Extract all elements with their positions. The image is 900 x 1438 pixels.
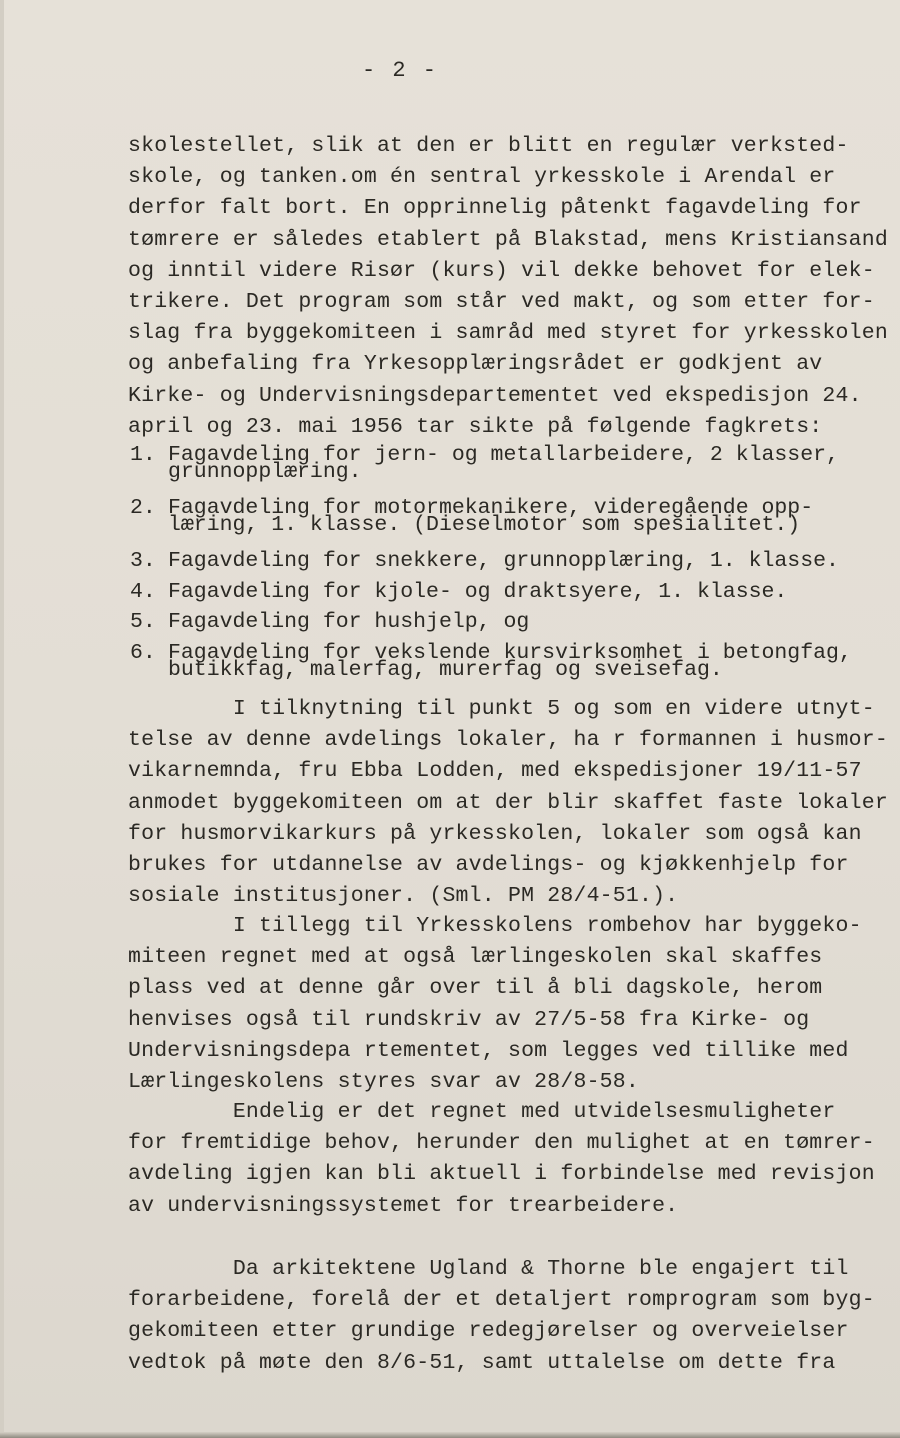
paragraph-line: I tilknytning til punkt 5 og som en vide… bbox=[128, 697, 875, 721]
paragraph-line: for husmorvikarkurs på yrkesskolen, loka… bbox=[128, 822, 862, 846]
paragraph-line: skolestellet, slik at den er blitt en re… bbox=[128, 134, 849, 158]
paragraph-line: plass ved at denne går over til å bli da… bbox=[128, 976, 822, 1000]
paragraph-line: telse av denne avdelings lokaler, ha r f… bbox=[128, 728, 888, 752]
paragraph-line: og inntil videre Risør (kurs) vil dekke … bbox=[128, 259, 875, 283]
list-item: 4.Fagavdeling for kjole- og draktsyere, … bbox=[130, 584, 787, 601]
paragraph-line: slag fra byggekomiteen i samråd med styr… bbox=[128, 321, 888, 345]
list-item-text: Fagavdeling for kjole- og draktsyere, 1.… bbox=[168, 580, 787, 604]
page-edge bbox=[0, 0, 4, 1438]
paragraph-line: vedtok på møte den 8/6-51, samt uttalels… bbox=[128, 1351, 836, 1375]
list-item-text: Fagavdeling for snekkere, grunnopplæring… bbox=[168, 549, 839, 573]
paragraph-line: skole, og tanken.om én sentral yrkesskol… bbox=[128, 165, 836, 189]
list-item-number: 6. bbox=[130, 645, 168, 662]
paragraph-line: Undervisningsdepa rtementet, som legges … bbox=[128, 1039, 849, 1063]
list-item-number: 5. bbox=[130, 614, 168, 631]
paragraph-line: brukes for utdannelse av avdelings- og k… bbox=[128, 853, 849, 877]
paragraph-line: I tillegg til Yrkesskolens rombehov har … bbox=[128, 914, 862, 938]
list-item-number: 2. bbox=[130, 500, 168, 517]
paragraph-line: Da arkitektene Ugland & Thorne ble engaj… bbox=[128, 1257, 849, 1281]
page-bottom-edge bbox=[0, 1432, 900, 1438]
paragraph-line: sosiale institusjoner. (Sml. PM 28/4-51.… bbox=[128, 884, 678, 908]
paragraph-line: avdeling igjen kan bli aktuell i forbind… bbox=[128, 1162, 875, 1186]
paragraph-line: tømrere er således etablert på Blakstad,… bbox=[128, 228, 888, 252]
list-item-text: læring, 1. klasse. (Dieselmotor som spes… bbox=[130, 517, 813, 534]
list-item: 2.Fagavdeling for motormekanikere, vider… bbox=[130, 500, 813, 534]
paragraph-line: Endelig er det regnet med utvidelsesmuli… bbox=[128, 1100, 836, 1124]
paragraph-line: gekomiteen etter grundige redegjørelser … bbox=[128, 1319, 849, 1343]
list-item-text: Fagavdeling for hushjelp, og bbox=[168, 610, 529, 634]
paragraph-line: for fremtidige behov, herunder den mulig… bbox=[128, 1131, 875, 1155]
paragraph-line: vikarnemnda, fru Ebba Lodden, med eksped… bbox=[128, 759, 862, 783]
list-item-number: 3. bbox=[130, 553, 168, 570]
list-item: 3.Fagavdeling for snekkere, grunnopplæri… bbox=[130, 553, 839, 570]
list-item: 6.Fagavdeling for vekslende kursvirksomh… bbox=[130, 645, 852, 679]
paragraph-line: miteen regnet med at også lærlingeskolen… bbox=[128, 945, 822, 969]
paragraph-line: Lærlingeskolens styres svar av 28/8-58. bbox=[128, 1070, 639, 1094]
paragraph-line: trikere. Det program som står ved makt, … bbox=[128, 290, 875, 314]
paragraph-line: forarbeidene, forelå der et detaljert ro… bbox=[128, 1288, 875, 1312]
page-number: - 2 - bbox=[0, 58, 800, 83]
paragraph-line: april og 23. mai 1956 tar sikte på følge… bbox=[128, 415, 822, 439]
paragraph-line: Kirke- og Undervisningsdepartementet ved… bbox=[128, 384, 862, 408]
paragraph-line: derfor falt bort. En opprinnelig påtenkt… bbox=[128, 196, 862, 220]
list-item-number: 4. bbox=[130, 584, 168, 601]
list-item: 1.Fagavdeling for jern- og metallarbeide… bbox=[130, 447, 839, 481]
paragraph-line: og anbefaling fra Yrkesopplæringsrådet e… bbox=[128, 352, 822, 376]
list-item-number: 1. bbox=[130, 447, 168, 464]
document-page: - 2 - skolestellet, slik at den er blitt… bbox=[0, 0, 900, 1438]
paragraph-line: av undervisningssystemet for trearbeider… bbox=[128, 1194, 678, 1218]
paragraph-line: anmodet byggekomiteen om at der blir ska… bbox=[128, 791, 888, 815]
paragraph-line: henvises også til rundskriv av 27/5-58 f… bbox=[128, 1008, 809, 1032]
list-item: 5.Fagavdeling for hushjelp, og bbox=[130, 614, 529, 631]
